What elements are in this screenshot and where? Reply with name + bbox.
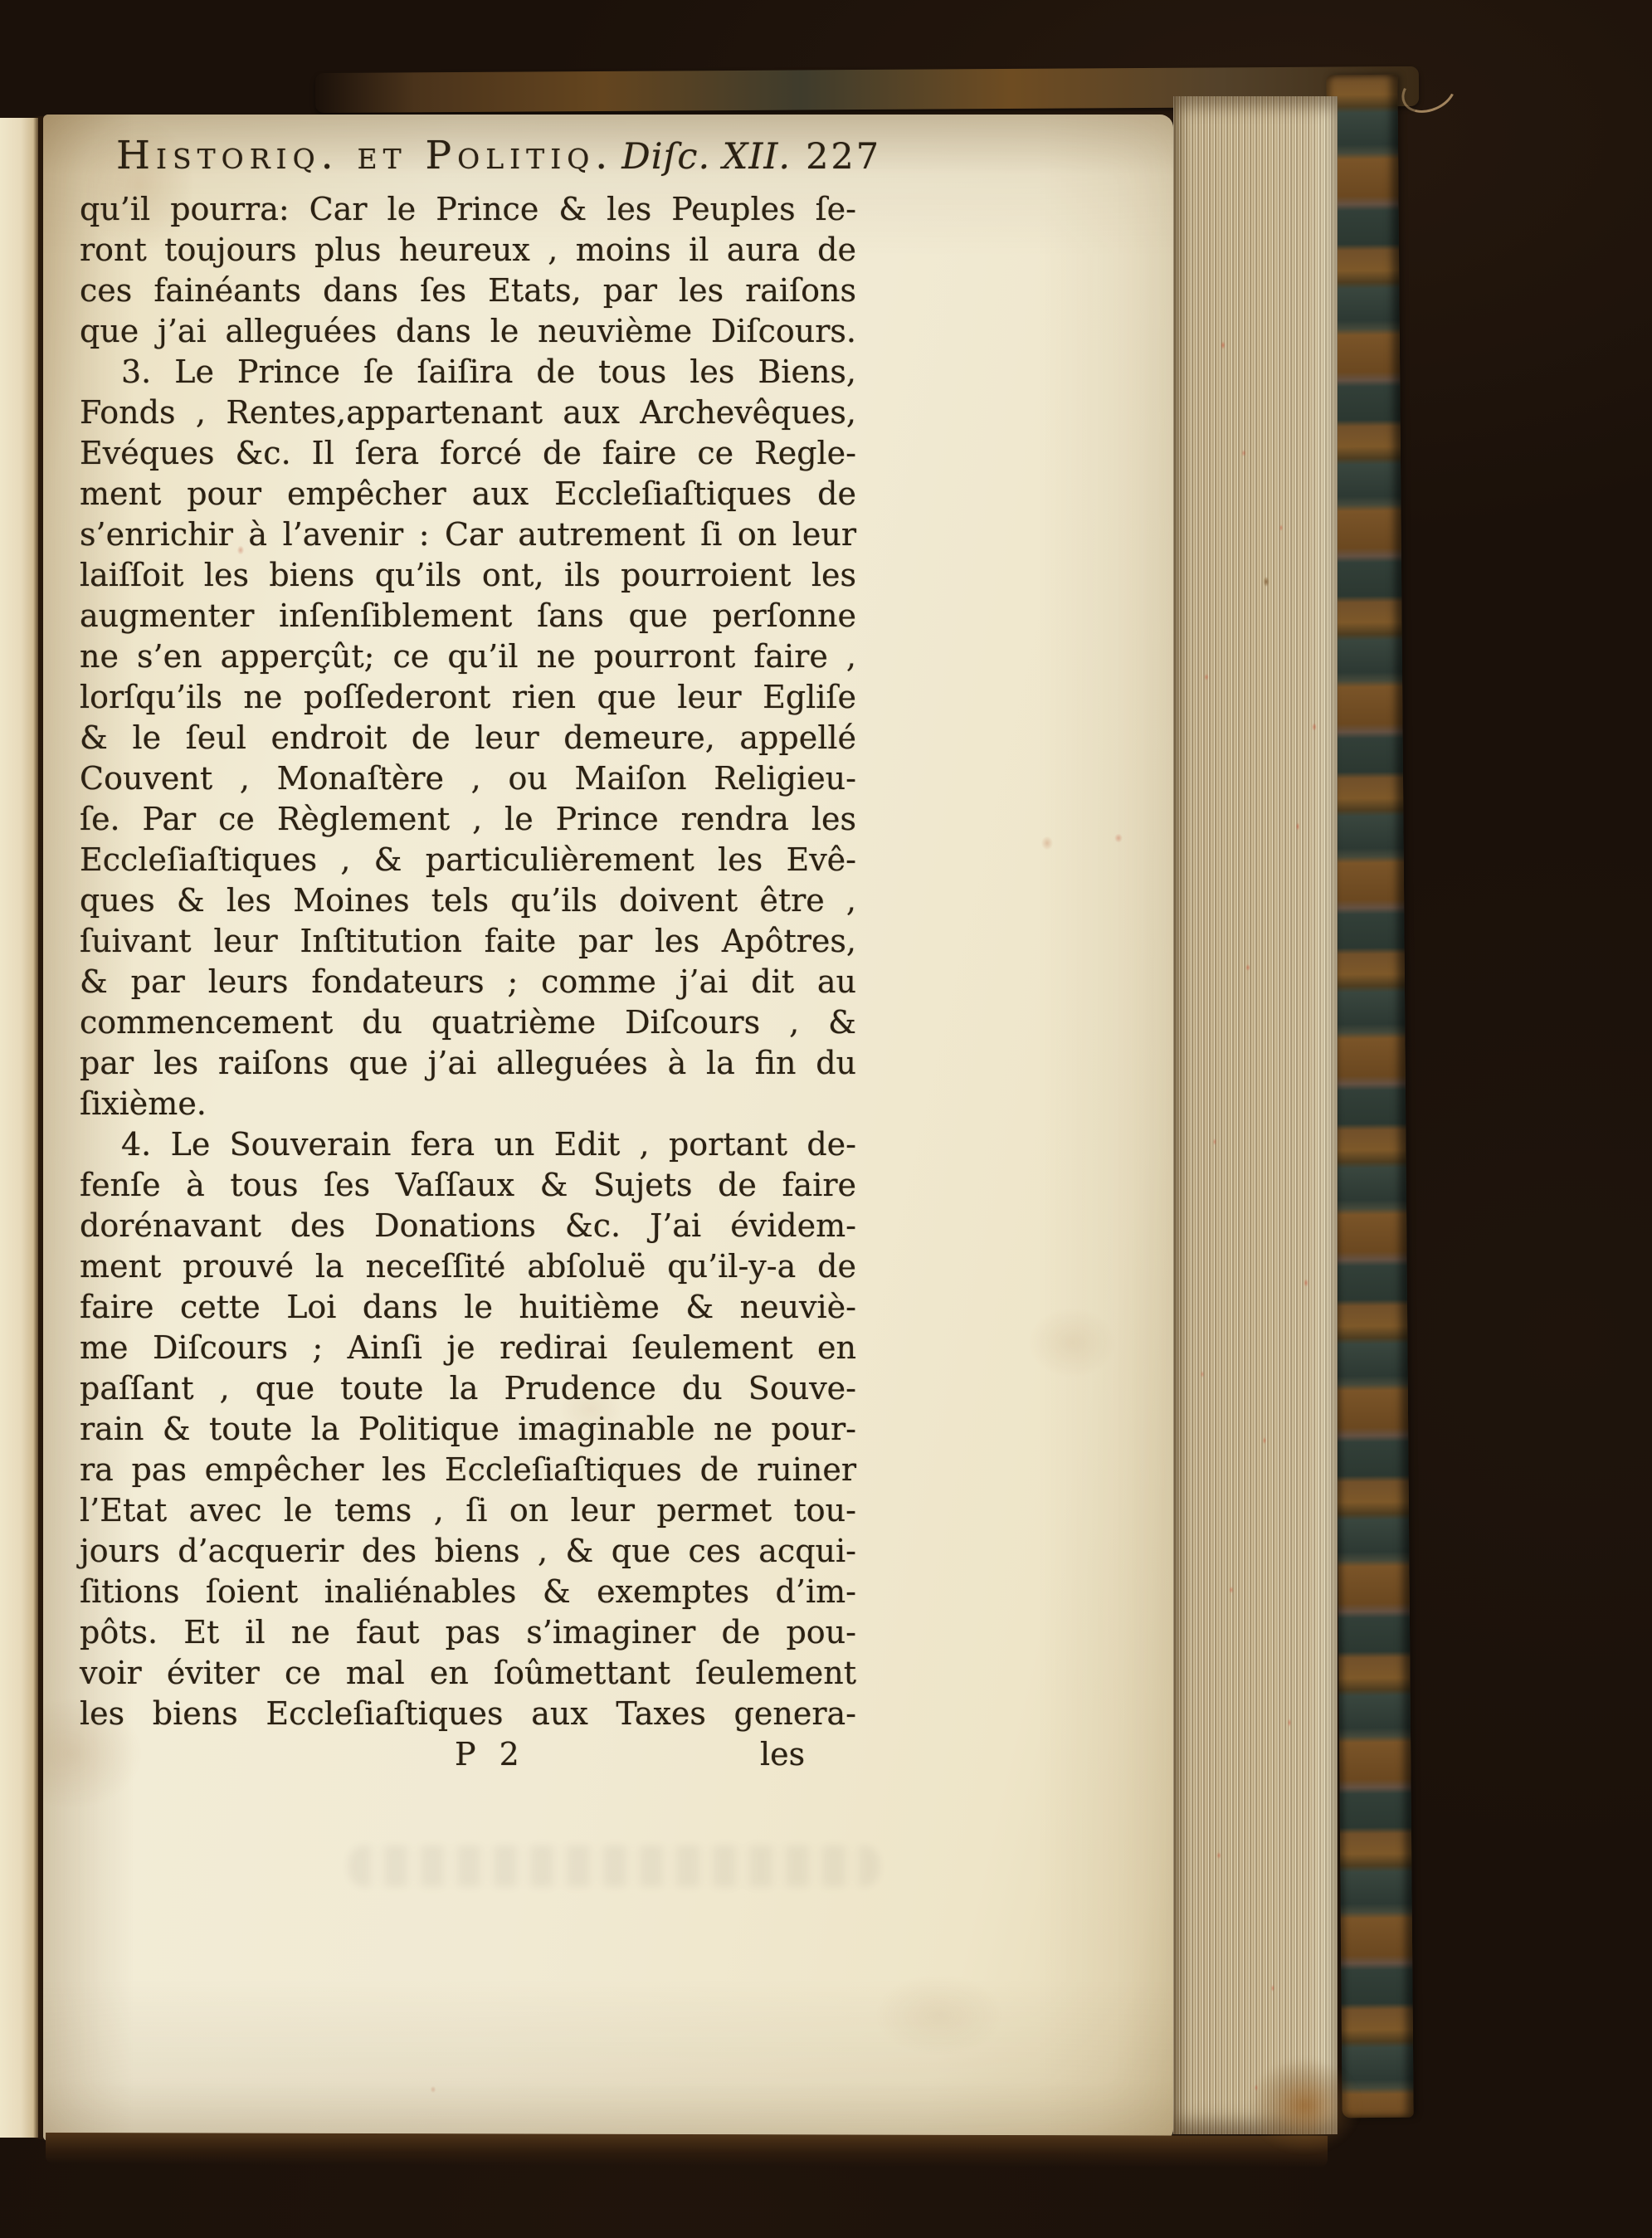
book-bottom-edge xyxy=(46,2133,1328,2167)
text-line: que j’ai alleguées dans le neuvième Diſc… xyxy=(80,311,856,352)
body-text: qu’il pourra: Car le Prince & les Peuple… xyxy=(80,189,856,1734)
text-line: lorſqu’ils ne poſſederont rien que leur … xyxy=(80,677,856,718)
text-line: qu’il pourra: Car le Prince & les Peuple… xyxy=(80,189,856,230)
fore-edge-speckles xyxy=(1173,96,1338,2134)
text-line: pôts. Et il ne faut pas s’imaginer de po… xyxy=(80,1612,856,1653)
text-line: & le ſeul endroit de leur demeure, appel… xyxy=(80,718,856,758)
striped-binding-edge xyxy=(1326,75,1413,2119)
text-line: faire cette Loi dans le huitième & neuvi… xyxy=(80,1287,856,1328)
text-line: ra pas empêcher les Eccleſiaſtiques de r… xyxy=(80,1450,856,1490)
running-header: Historiq. et Politiq. Diſc. XII. 227 xyxy=(80,134,856,178)
text-line: par les raiſons que j’ai alleguées à la … xyxy=(80,1043,856,1084)
text-line: ces fainéants dans ſes Etats, par les ra… xyxy=(80,271,856,311)
signature-row: P 2 les xyxy=(80,1734,856,1775)
text-line: ques & les Moines tels qu’ils doivent êt… xyxy=(80,880,856,921)
text-line: jours d’acquerir des biens , & que ces a… xyxy=(80,1531,856,1572)
text-line: 4. Le Souverain fera un Edit , portant d… xyxy=(80,1124,856,1165)
header-discourse-number: Diſc. XII. xyxy=(621,135,791,178)
catchword: les xyxy=(760,1734,805,1775)
book-photo: Historiq. et Politiq. Diſc. XII. 227 qu’… xyxy=(0,0,1652,2238)
text-line: paſſant , que toute la Prudence du Souve… xyxy=(80,1368,856,1409)
text-line: Couvent , Monaſtère , ou Maiſon Religieu… xyxy=(80,758,856,799)
text-line: Eccleſiaſtiques , & particulièrement les… xyxy=(80,840,856,880)
text-line: ſixième. xyxy=(80,1084,856,1124)
text-line: ſuivant leur Inſtitution faite par les A… xyxy=(80,921,856,962)
text-line: ment prouvé la neceſſité abſoluë qu’il-y… xyxy=(80,1246,856,1287)
gathering-signature-mark: P 2 xyxy=(455,1734,526,1775)
page-block-fore-edge xyxy=(1173,96,1338,2134)
text-line: laiſſoit les biens qu’ils ont, ils pourr… xyxy=(80,555,856,596)
text-line: ront toujours plus heureux , moins il au… xyxy=(80,230,856,271)
text-line: ſe. Par ce Règlement , le Prince rendra … xyxy=(80,799,856,840)
text-line: ne s’en apperçût; ce qu’il ne pourront f… xyxy=(80,636,856,677)
text-line: ment pour empêcher aux Eccleſiaſtiques d… xyxy=(80,474,856,514)
text-line: s’enrichir à l’avenir : Car autrement ſi… xyxy=(80,514,856,555)
text-line: Evéques &c. Il ſera forcé de faire ce Re… xyxy=(80,433,856,474)
text-line: Fonds , Rentes,appartenant aux Archevêqu… xyxy=(80,393,856,433)
text-line: l’Etat avec le tems , ſi on leur permet … xyxy=(80,1490,856,1531)
text-line: rain & toute la Politique imaginable ne … xyxy=(80,1409,856,1450)
text-line: dorénavant des Donations &c. J’ai évidem… xyxy=(80,1206,856,1246)
verso-showthrough-smudge xyxy=(348,1845,880,1887)
text-line: les biens Eccleſiaſtiques aux Taxes gene… xyxy=(80,1694,856,1734)
text-line: & par leurs fondateurs ; comme j’ai dit … xyxy=(80,962,856,1002)
text-line: voir éviter ce mal en ſoûmettant ſeuleme… xyxy=(80,1653,856,1694)
text-block: Historiq. et Politiq. Diſc. XII. 227 qu’… xyxy=(80,134,856,1775)
text-line: augmenter inſenſiblement ſans que perſon… xyxy=(80,596,856,636)
text-line: fenſe à tous ſes Vaſſaux & Sujets de fai… xyxy=(80,1165,856,1206)
text-line: me Diſcours ; Ainſi je redirai ſeulement… xyxy=(80,1328,856,1368)
text-line: commencement du quatrième Diſcours , & xyxy=(80,1002,856,1043)
worn-tailcap-fuzz xyxy=(1249,2058,1361,2153)
text-line: ſitions ſoient inaliénables & exemptes d… xyxy=(80,1572,856,1612)
header-page-number: 227 xyxy=(806,135,881,178)
header-title: Historiq. et Politiq. xyxy=(116,134,613,178)
text-line: 3. Le Prince ſe ſaiſira de tous les Bien… xyxy=(80,352,856,393)
